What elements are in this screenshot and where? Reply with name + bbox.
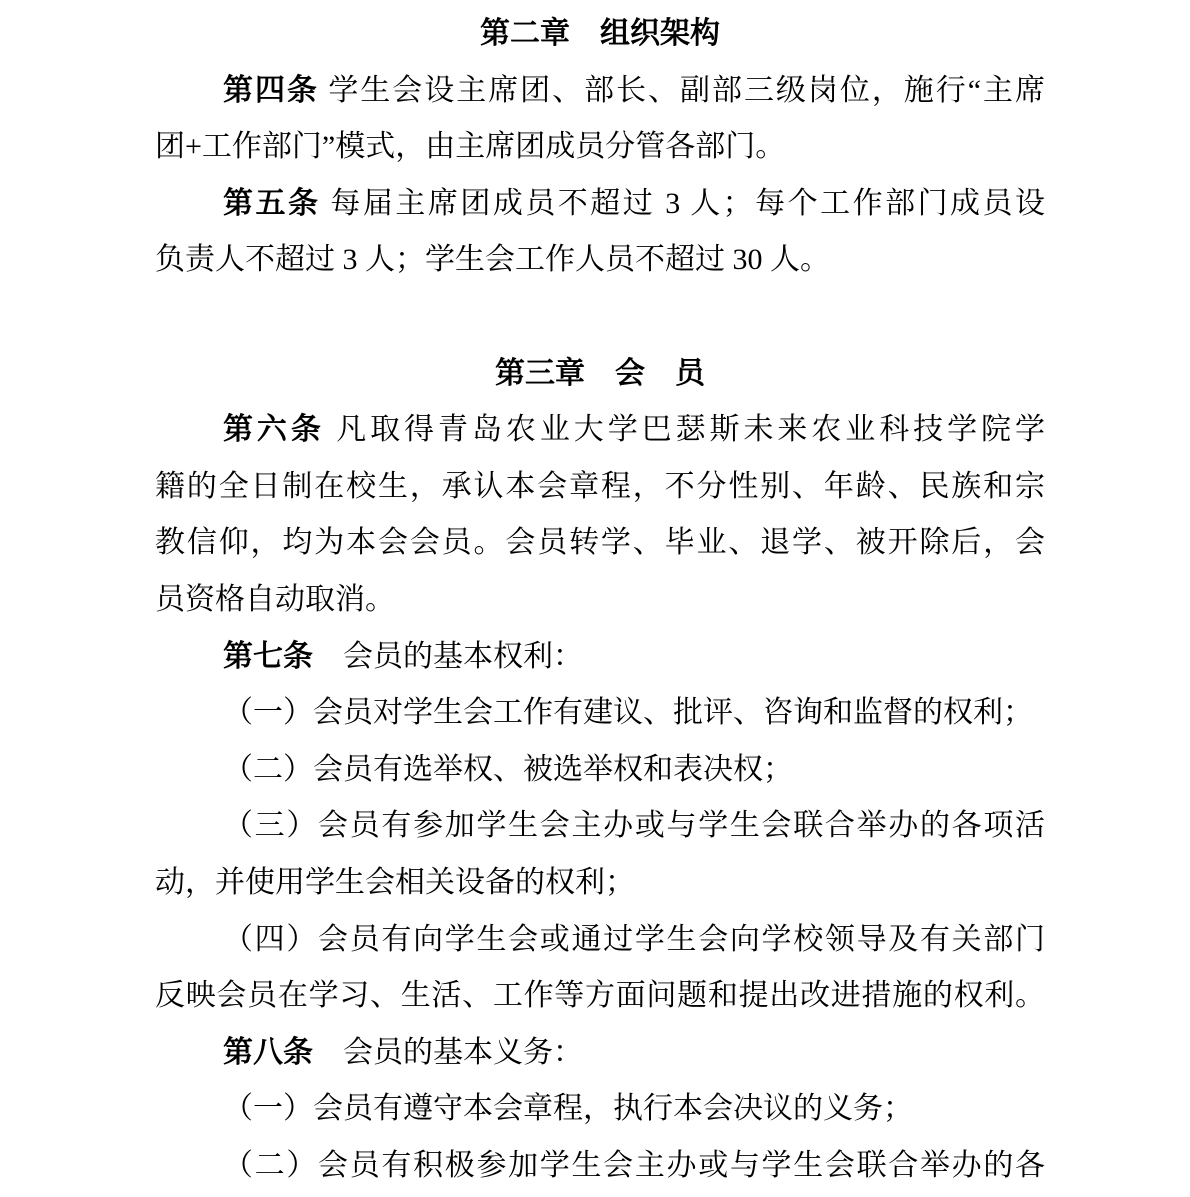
article-8-intro-text: 会员的基本义务： <box>313 1036 583 1069</box>
article-7-item-3-line-1: （三）会员有参加学生会主办或与学生会联合举办的各项活 <box>155 798 1045 855</box>
article-4-text-line-2: 团+工作部门”模式，由主席团成员分管各部门。 <box>155 119 1045 176</box>
text-line: 第四条 学生会设主席团、部长、副部三级岗位，施行“主席 <box>155 63 1045 120</box>
article-7-item-3-line-2: 动，并使用学生会相关设备的权利； <box>155 855 1045 912</box>
article-4-text-line-1: 学生会设主席团、部长、副部三级岗位，施行“主席 <box>319 74 1045 107</box>
article-8-label: 第八条 <box>223 1036 313 1069</box>
chapter-heading-3: 第三章 会 员 <box>155 346 1045 403</box>
article-5-text-line-2: 负责人不超过 3 人；学生会工作人员不超过 30 人。 <box>155 232 1045 289</box>
article-6-label: 第六条 <box>223 413 325 446</box>
article-7-item-2: （二）会员有选举权、被选举权和表决权； <box>155 742 1045 799</box>
article-6-text-line-3: 教信仰，均为本会会员。会员转学、毕业、退学、被开除后，会 <box>155 515 1045 572</box>
article-7-item-4-line-1: （四）会员有向学生会或通过学生会向学校领导及有关部门 <box>155 912 1045 969</box>
article-6-text-line-4: 员资格自动取消。 <box>155 572 1045 629</box>
chapter-heading-2: 第二章 组织架构 <box>155 6 1045 63</box>
text-line: 第六条 凡取得青岛农业大学巴瑟斯未来农业科技学院学 <box>155 402 1045 459</box>
article-5-label: 第五条 <box>223 187 320 220</box>
article-7-item-1: （一）会员对学生会工作有建议、批评、咨询和监督的权利； <box>155 685 1045 742</box>
blank-line <box>155 289 1045 346</box>
article-6-text-line-1: 凡取得青岛农业大学巴瑟斯未来农业科技学院学 <box>325 413 1045 446</box>
article-8-item-1: （一）会员有遵守本会章程，执行本会决议的义务； <box>155 1081 1045 1138</box>
article-4-label: 第四条 <box>223 74 319 107</box>
text-line: 第五条 每届主席团成员不超过 3 人；每个工作部门成员设 <box>155 176 1045 233</box>
article-8-item-2-line-1: （二）会员有积极参加学生会主办或与学生会联合举办的各 <box>155 1138 1045 1195</box>
article-7-item-4-line-2: 反映会员在学习、生活、工作等方面问题和提出改进措施的权利。 <box>155 968 1045 1025</box>
document-page: 第二章 组织架构 第四条 学生会设主席团、部长、副部三级岗位，施行“主席 团+工… <box>0 0 1190 1197</box>
text-line: 第七条 会员的基本权利： <box>155 629 1045 686</box>
text-line: 第八条 会员的基本义务： <box>155 1025 1045 1082</box>
article-6-text-line-2: 籍的全日制在校生，承认本会章程，不分性别、年龄、民族和宗 <box>155 459 1045 516</box>
article-7-label: 第七条 <box>223 640 313 673</box>
article-7-intro-text: 会员的基本权利： <box>313 640 583 673</box>
article-5-text-line-1: 每届主席团成员不超过 3 人；每个工作部门成员设 <box>320 187 1045 220</box>
